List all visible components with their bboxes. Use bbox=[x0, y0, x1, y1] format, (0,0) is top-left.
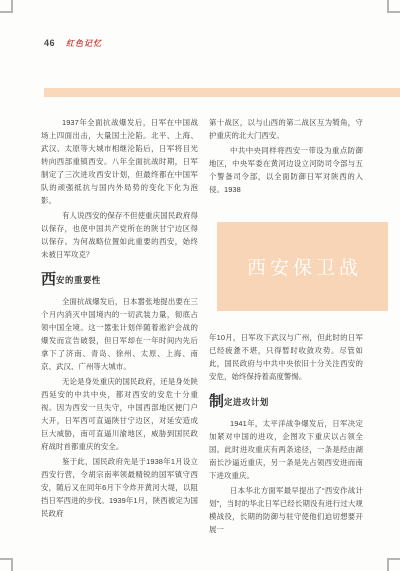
chapter-banner-title: 西安保卫战 bbox=[243, 253, 362, 280]
body-paragraph: 鉴于此，国民政府先是于1938年1月设立西安行营，令胡宗南率领最精锐的国军镇守西… bbox=[41, 455, 198, 520]
page-corner-mark-top-left bbox=[0, 0, 13, 13]
intro-paragraph: 1937年全面抗战爆发后，日军在中国战场上四面出击，大量国土沦陷。北平、上海、武… bbox=[41, 116, 198, 207]
section-dropcap: 西 bbox=[41, 273, 56, 287]
page-corner-mark-top-right bbox=[387, 0, 400, 13]
body-paragraph: 中共中央同样将西安一带设为重点防御地区，中央军委在黄河边设立河防司令部与五个警备… bbox=[209, 144, 363, 196]
page-corner-mark-bottom-left bbox=[0, 558, 13, 571]
section-heading-attack-plan: 制 定进攻计划 bbox=[209, 395, 363, 409]
page-number: 46 bbox=[44, 38, 55, 48]
section-dropcap: 制 bbox=[209, 395, 224, 409]
section-title: 安的重要性 bbox=[56, 274, 101, 287]
body-paragraph-continuation: 年10月，日军攻下武汉与广州，但此时的日军已经疲惫不堪，只得暂时收敛攻势。尽管如… bbox=[209, 331, 363, 383]
body-paragraph: 无论是身处重庆的国民政府，还是身处陕西延安的中共中央，都对西安的安危十分重视。因… bbox=[41, 375, 198, 453]
accent-bar bbox=[44, 88, 400, 97]
body-paragraph: 日本华北方面军最早提出了“西安作战计划”，当时的华北日军已经长期没有进行过大规模… bbox=[209, 484, 363, 536]
page-header: 46 红色记忆 bbox=[44, 38, 102, 49]
left-column: 1937年全面抗战爆发后，日军在中国战场上四面出击，大量国土沦陷。北平、上海、武… bbox=[41, 116, 198, 522]
page-corner-mark-bottom-right bbox=[387, 558, 400, 571]
body-paragraph: 全面抗战爆发后，日本嚣张地提出要在三个月内消灭中国境内的一切武装力量，彻底占领中… bbox=[41, 295, 198, 373]
right-column: 第十战区，以与山西的第二战区互为犄角，守护重庆的北大门西安。 中共中央同样将西安… bbox=[209, 116, 363, 538]
chapter-banner: 西安保卫战 bbox=[217, 222, 388, 311]
body-paragraph-continuation: 第十战区，以与山西的第二战区互为犄角，守护重庆的北大门西安。 bbox=[209, 116, 363, 142]
series-title: 红色记忆 bbox=[66, 38, 102, 49]
section-title: 定进攻计划 bbox=[224, 396, 269, 409]
intro-paragraph: 有人说西安的保存不但使重庆国民政府得以保存，也使中国共产党所在的陕甘宁边区得以保… bbox=[41, 209, 198, 261]
body-paragraph: 1941年，太平洋战争爆发后，日军决定加紧对中国的进攻，企图攻下重庆以占领全国。… bbox=[209, 417, 363, 482]
section-heading-importance: 西 安的重要性 bbox=[41, 273, 198, 287]
